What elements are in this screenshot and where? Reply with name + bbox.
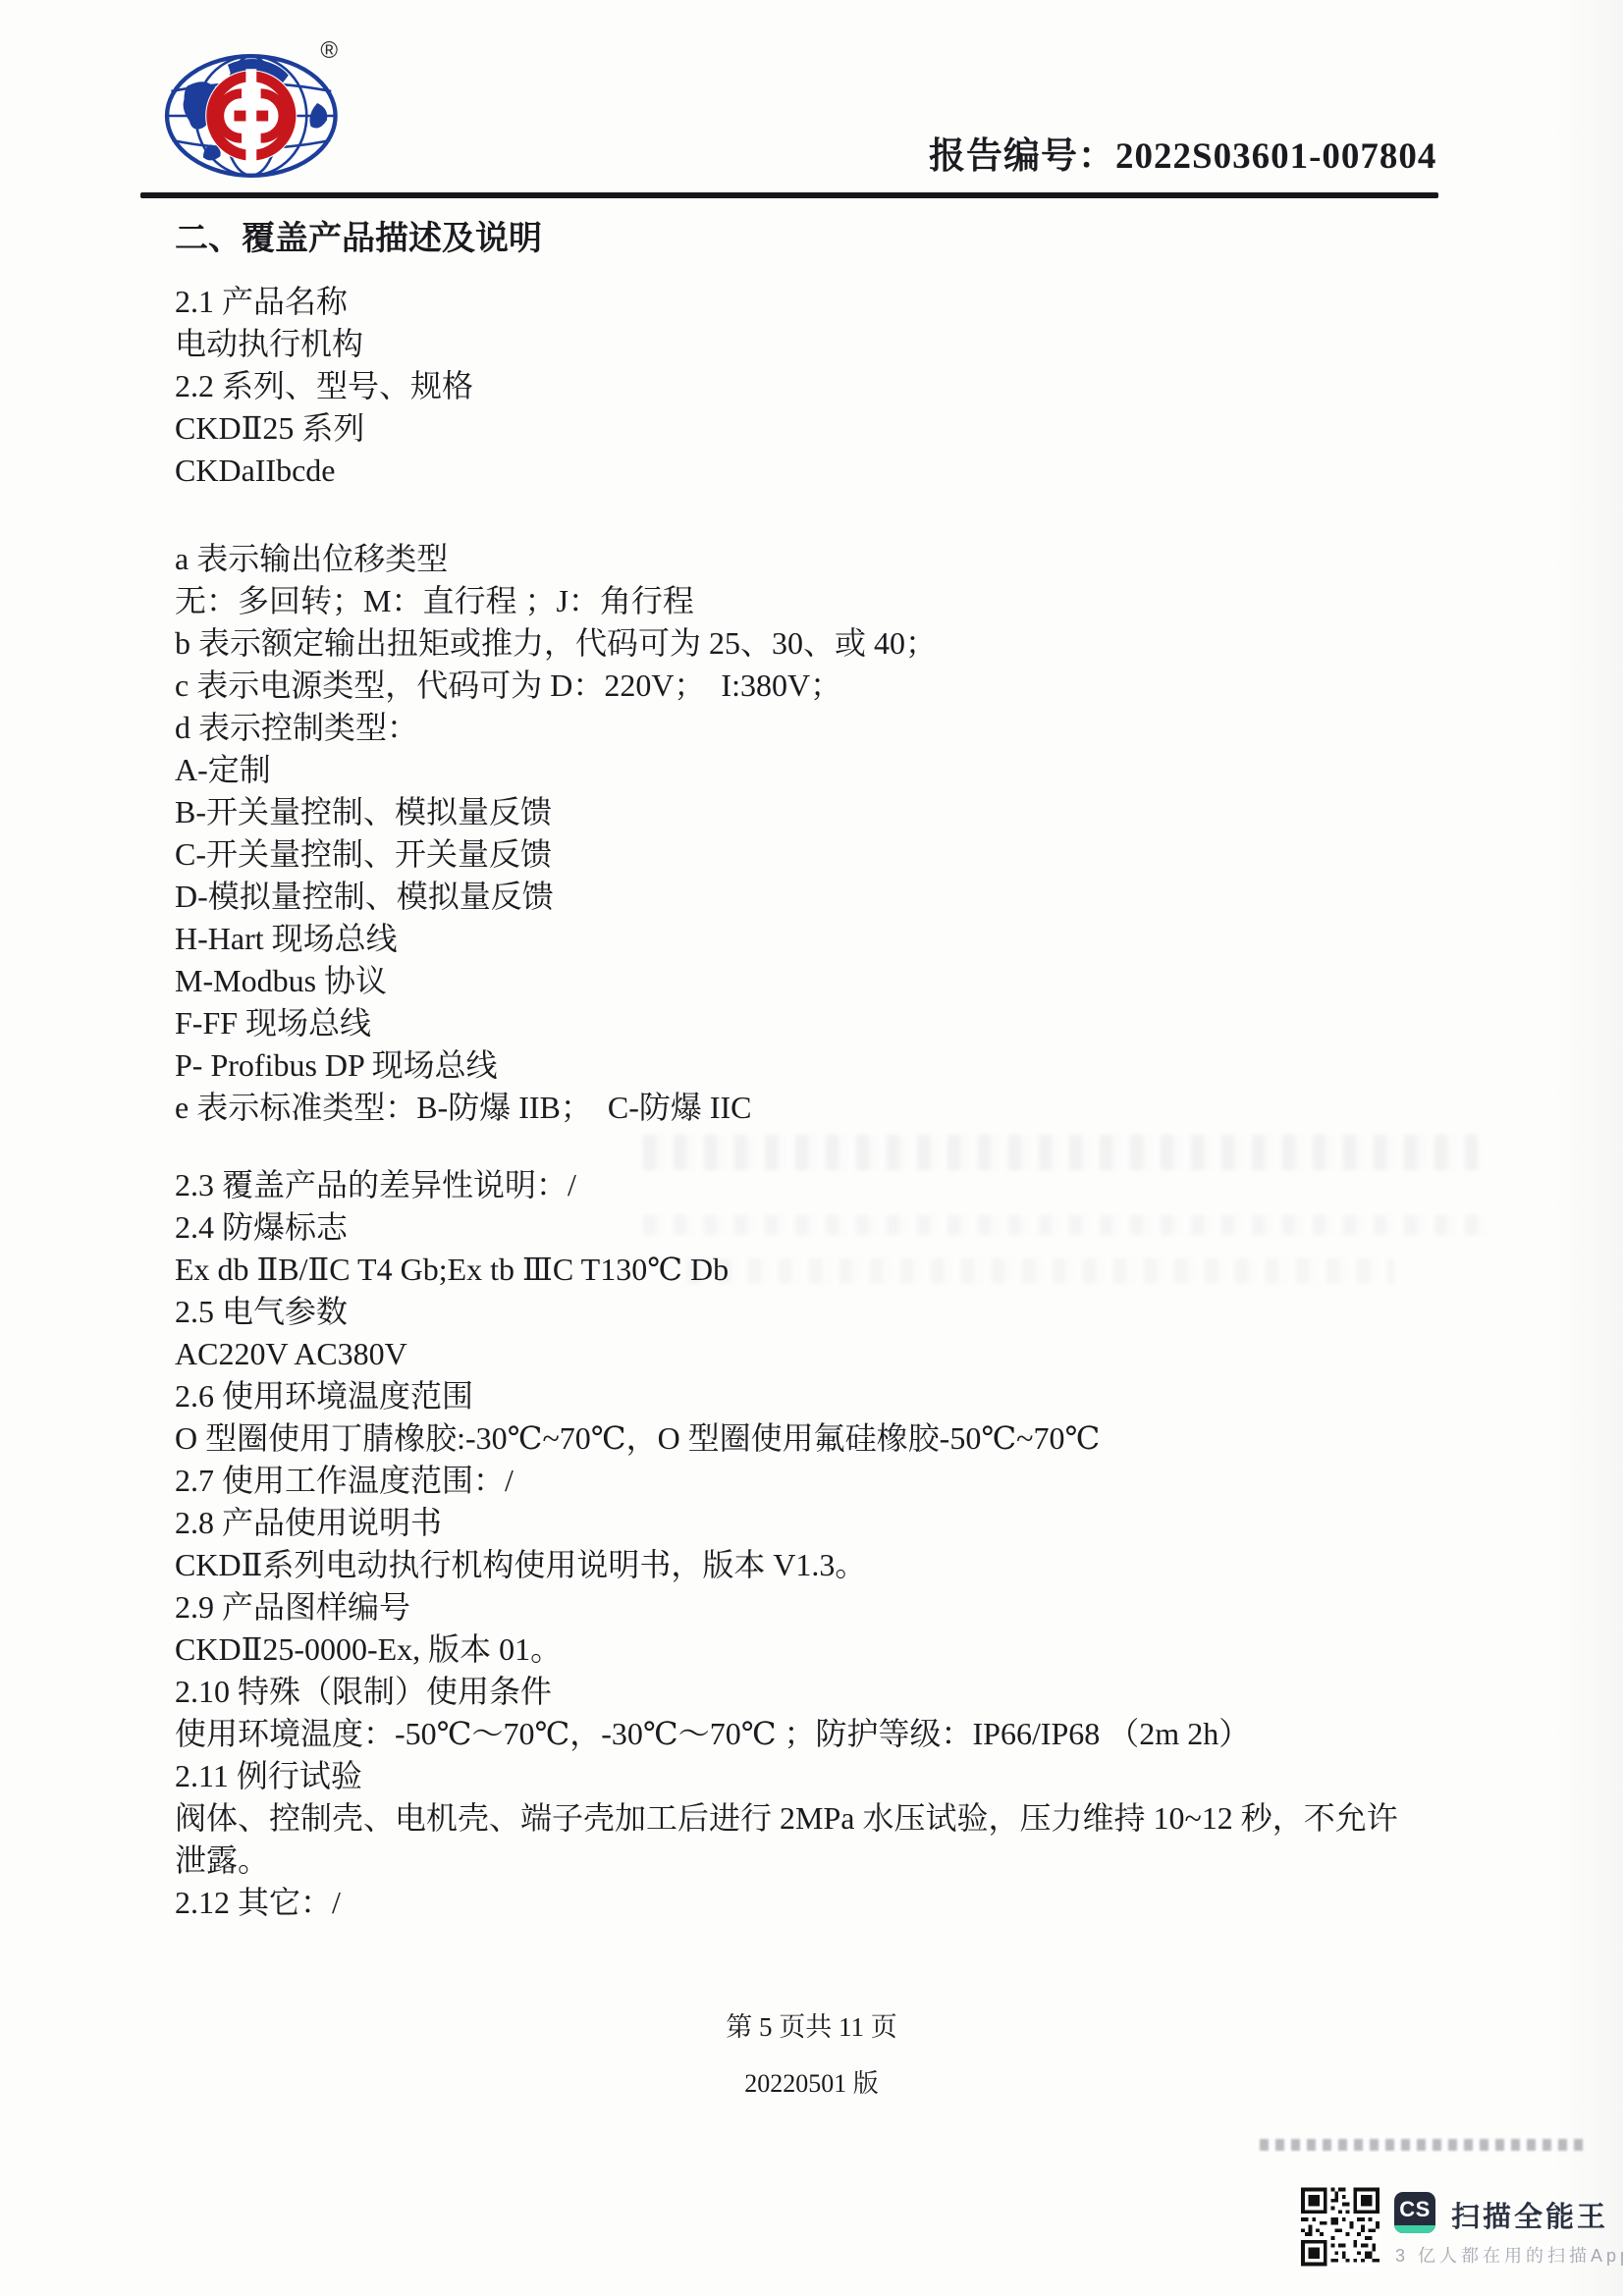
text-line: O 型圈使用丁腈橡胶:-30℃~70℃，O 型圈使用氟硅橡胶-50℃~70℃	[175, 1417, 1549, 1460]
text-line: 使用环境温度：-50℃～70℃，-30℃～70℃ ；防护等级：IP66/IP68…	[175, 1713, 1549, 1755]
text-line: 2.1 产品名称	[175, 281, 1549, 323]
text-line: 无：多回转；M：直行程 ；J：角行程	[175, 580, 1549, 622]
document-body: 二、覆盖产品描述及说明 2.1 产品名称 电动执行机构 2.2 系列、型号、规格…	[175, 218, 1549, 1924]
text-line: A-定制	[175, 749, 1549, 791]
text-line: 2.6 使用环境温度范围	[175, 1375, 1549, 1417]
text-line: 2.7 使用工作温度范围：/	[175, 1460, 1549, 1502]
text-line: 2.9 产品图样编号	[175, 1586, 1549, 1629]
company-logo: ®	[155, 41, 352, 190]
text-line: 2.10 特殊（限制）使用条件	[175, 1671, 1549, 1713]
text-line: P- Profibus DP 现场总线	[175, 1044, 1549, 1087]
header-divider	[140, 192, 1438, 198]
text-line: B-开关量控制、模拟量反馈	[175, 791, 1549, 833]
text-line: b 表示额定输出扭矩或推力，代码可为 25、30、或 40；	[175, 622, 1549, 665]
camscanner-logo-icon: CS	[1394, 2192, 1435, 2233]
text-line: 泄露。	[175, 1840, 1549, 1882]
camscanner-initials: CS	[1394, 2192, 1435, 2227]
report-number: 报告编号：2022S03601-007804	[929, 126, 1439, 179]
text-line: 2.3 覆盖产品的差异性说明：/	[175, 1164, 1549, 1206]
camscanner-logo-bar	[1394, 2225, 1435, 2233]
qr-code	[1301, 2186, 1380, 2268]
text-line: D-模拟量控制、模拟量反馈	[175, 876, 1549, 918]
scanner-app-tagline: 3 亿人都在用的扫描App	[1395, 2242, 1623, 2268]
registered-trademark-icon: ®	[320, 37, 338, 65]
text-line: M-Modbus 协议	[175, 960, 1549, 1002]
text-line: 2.2 系列、型号、规格	[175, 365, 1549, 407]
scanner-app-name: 扫描全能王	[1451, 2195, 1608, 2235]
text-line: 2.12 其它：/	[175, 1882, 1549, 1924]
paragraph-spacer	[175, 1129, 1549, 1164]
page-number: 第 5 页共 11 页	[0, 2005, 1623, 2044]
text-line: c 表示电源类型，代码可为 D：220V； I:380V；	[175, 665, 1549, 707]
text-line: CKDⅡ25 系列	[175, 407, 1549, 450]
text-line: CKDⅡ25-0000-Ex, 版本 01。	[175, 1629, 1549, 1671]
text-line: e 表示标准类型：B-防爆 IIB； C-防爆 IIC	[175, 1087, 1549, 1129]
scan-edge-shade	[1554, 0, 1623, 2296]
text-line: AC220V AC380V	[175, 1333, 1549, 1375]
section-title: 二、覆盖产品描述及说明	[175, 218, 1549, 261]
text-line: Ex db ⅡB/ⅡC T4 Gb;Ex tb ⅢC T130℃ Db	[175, 1249, 1549, 1291]
text-line: 阀体、控制壳、电机壳、端子壳加工后进行 2MPa 水压试验，压力维持 10~12…	[175, 1797, 1549, 1840]
text-line: 2.8 产品使用说明书	[175, 1502, 1549, 1544]
text-line: d 表示控制类型：	[175, 707, 1549, 749]
text-line: 2.4 防爆标志	[175, 1206, 1549, 1249]
text-line: F-FF 现场总线	[175, 1002, 1549, 1044]
text-line: 2.11 例行试验	[175, 1755, 1549, 1797]
text-line: CKDⅡ系列电动执行机构使用说明书，版本 V1.3。	[175, 1544, 1549, 1586]
version-label: 20220501 版	[0, 2063, 1623, 2100]
text-line: H-Hart 现场总线	[175, 918, 1549, 960]
paragraph-spacer	[175, 492, 1549, 538]
text-line: a 表示输出位移类型	[175, 538, 1549, 580]
bleedthrough-artifact	[1260, 2139, 1589, 2151]
scanned-report-page: ® 报告编号：2022S03601-007804 二、覆盖产品描述及说明 2.1…	[0, 0, 1623, 2296]
text-line: 2.5 电气参数	[175, 1291, 1549, 1333]
text-line: 电动执行机构	[175, 323, 1549, 365]
text-line: CKDaIIbcde	[175, 450, 1549, 492]
text-line: C-开关量控制、开关量反馈	[175, 833, 1549, 876]
